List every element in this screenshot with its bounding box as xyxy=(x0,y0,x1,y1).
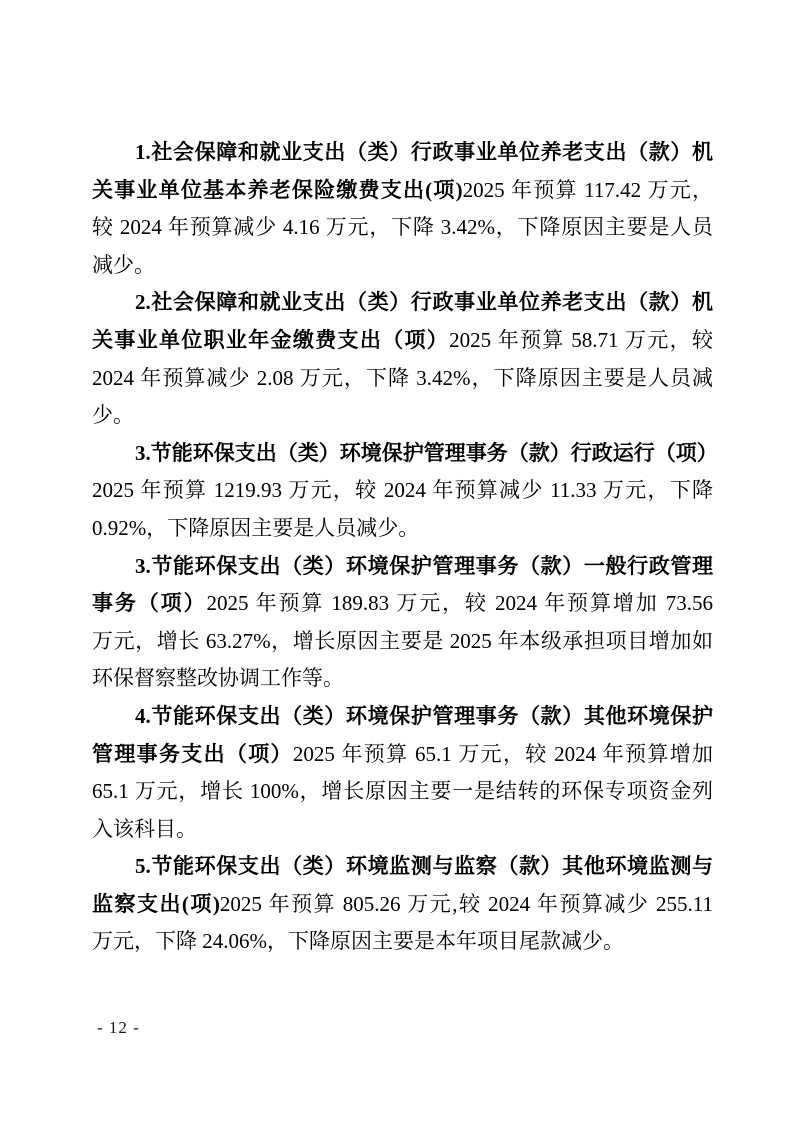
budget-item-detail: 万元，增长 63.27%，增长原因主要是 2025 年本级承担项目增加如 xyxy=(92,629,713,653)
budget-item-heading: 4.节能环保支出（类）环境保护管理事务（款）其他环境保护 xyxy=(135,704,713,728)
budget-item-detail: 2025 年预算 58.71 万元，较 xyxy=(449,328,713,352)
budget-item-heading: 管理事务支出（项） xyxy=(92,742,293,766)
budget-item-detail: 入该科目。 xyxy=(92,817,197,841)
paragraph-2-line-4: 少。 xyxy=(92,397,713,435)
paragraph-4-line-3: 万元，增长 63.27%，增长原因主要是 2025 年本级承担项目增加如 xyxy=(92,623,713,661)
paragraph-3-line-3: 0.92%，下降原因主要是人员减少。 xyxy=(92,510,713,548)
paragraph-5-line-4: 入该科目。 xyxy=(92,811,713,849)
budget-item-detail: 0.92%，下降原因主要是人员减少。 xyxy=(92,516,419,540)
budget-item-detail: 万元，下降 24.06%，下降原因主要是本年项目尾款减少。 xyxy=(92,929,624,953)
budget-item-detail: 减少。 xyxy=(92,253,155,277)
budget-item-detail: 环保督察整改协调工作等。 xyxy=(92,666,344,690)
budget-item-detail: 2025 年预算 805.26 万元,较 2024 年预算减少 255.11 xyxy=(220,892,713,916)
budget-item-heading: 3.节能环保支出（类）环境保护管理事务（款）一般行政管理 xyxy=(135,554,713,578)
paragraph-2-line-2: 关事业单位职业年金缴费支出（项）2025 年预算 58.71 万元，较 xyxy=(92,322,713,360)
paragraph-3-line-1: 3.节能环保支出（类）环境保护管理事务（款）行政运行（项） xyxy=(92,435,713,473)
paragraph-2-line-1: 2.社会保障和就业支出（类）行政事业单位养老支出（款）机 xyxy=(92,284,713,322)
paragraph-5-line-3: 65.1 万元，增长 100%，增长原因主要一是结转的环保专项资金列 xyxy=(92,773,713,811)
budget-item-heading: 5.节能环保支出（类）环境监测与监察（款）其他环境监测与 xyxy=(135,854,713,878)
budget-item-detail: 较 2024 年预算减少 4.16 万元，下降 3.42%，下降原因主要是人员 xyxy=(92,215,713,239)
page-number: - 12 - xyxy=(97,1017,140,1038)
paragraph-5-line-2: 管理事务支出（项）2025 年预算 65.1 万元，较 2024 年预算增加 xyxy=(92,736,713,774)
paragraph-6-line-3: 万元，下降 24.06%，下降原因主要是本年项目尾款减少。 xyxy=(92,923,713,961)
budget-item-detail: 2025 年预算 1219.93 万元，较 2024 年预算减少 11.33 万… xyxy=(92,478,713,502)
paragraph-5-line-1: 4.节能环保支出（类）环境保护管理事务（款）其他环境保护 xyxy=(92,698,713,736)
budget-item-detail: 2025 年预算 117.42 万元， xyxy=(463,178,713,202)
budget-item-heading: 关事业单位基本养老保险缴费支出(项) xyxy=(92,178,463,202)
paragraph-3-line-2: 2025 年预算 1219.93 万元，较 2024 年预算减少 11.33 万… xyxy=(92,472,713,510)
paragraph-1-line-1: 1.社会保障和就业支出（类）行政事业单位养老支出（款）机 xyxy=(92,134,713,172)
budget-item-detail: 2025 年预算 189.83 万元，较 2024 年预算增加 73.56 xyxy=(206,591,713,615)
budget-item-heading: 3.节能环保支出（类）环境保护管理事务（款）行政运行（项） xyxy=(135,441,718,465)
budget-item-heading: 2.社会保障和就业支出（类）行政事业单位养老支出（款）机 xyxy=(135,290,713,314)
paragraph-6-line-2: 监察支出(项)2025 年预算 805.26 万元,较 2024 年预算减少 2… xyxy=(92,886,713,924)
paragraph-1-line-2: 关事业单位基本养老保险缴费支出(项)2025 年预算 117.42 万元， xyxy=(92,172,713,210)
paragraph-1-line-4: 减少。 xyxy=(92,247,713,285)
document-page: 1.社会保障和就业支出（类）行政事业单位养老支出（款）机关事业单位基本养老保险缴… xyxy=(0,0,793,1122)
budget-item-heading: 事务（项） xyxy=(92,591,206,615)
budget-item-heading: 监察支出(项) xyxy=(92,892,220,916)
document-body: 1.社会保障和就业支出（类）行政事业单位养老支出（款）机关事业单位基本养老保险缴… xyxy=(92,134,713,961)
paragraph-4-line-2: 事务（项）2025 年预算 189.83 万元，较 2024 年预算增加 73.… xyxy=(92,585,713,623)
budget-item-heading: 1.社会保障和就业支出（类）行政事业单位养老支出（款）机 xyxy=(135,140,713,164)
paragraph-1-line-3: 较 2024 年预算减少 4.16 万元，下降 3.42%，下降原因主要是人员 xyxy=(92,209,713,247)
paragraph-4-line-4: 环保督察整改协调工作等。 xyxy=(92,660,713,698)
paragraph-2-line-3: 2024 年预算减少 2.08 万元，下降 3.42%，下降原因主要是人员减 xyxy=(92,360,713,398)
budget-item-detail: 2025 年预算 65.1 万元，较 2024 年预算增加 xyxy=(293,742,713,766)
budget-item-detail: 少。 xyxy=(92,403,134,427)
paragraph-6-line-1: 5.节能环保支出（类）环境监测与监察（款）其他环境监测与 xyxy=(92,848,713,886)
paragraph-4-line-1: 3.节能环保支出（类）环境保护管理事务（款）一般行政管理 xyxy=(92,548,713,586)
budget-item-detail: 2024 年预算减少 2.08 万元，下降 3.42%，下降原因主要是人员减 xyxy=(92,366,713,390)
budget-item-detail: 65.1 万元，增长 100%，增长原因主要一是结转的环保专项资金列 xyxy=(92,779,713,803)
budget-item-heading: 关事业单位职业年金缴费支出（项） xyxy=(92,328,449,352)
